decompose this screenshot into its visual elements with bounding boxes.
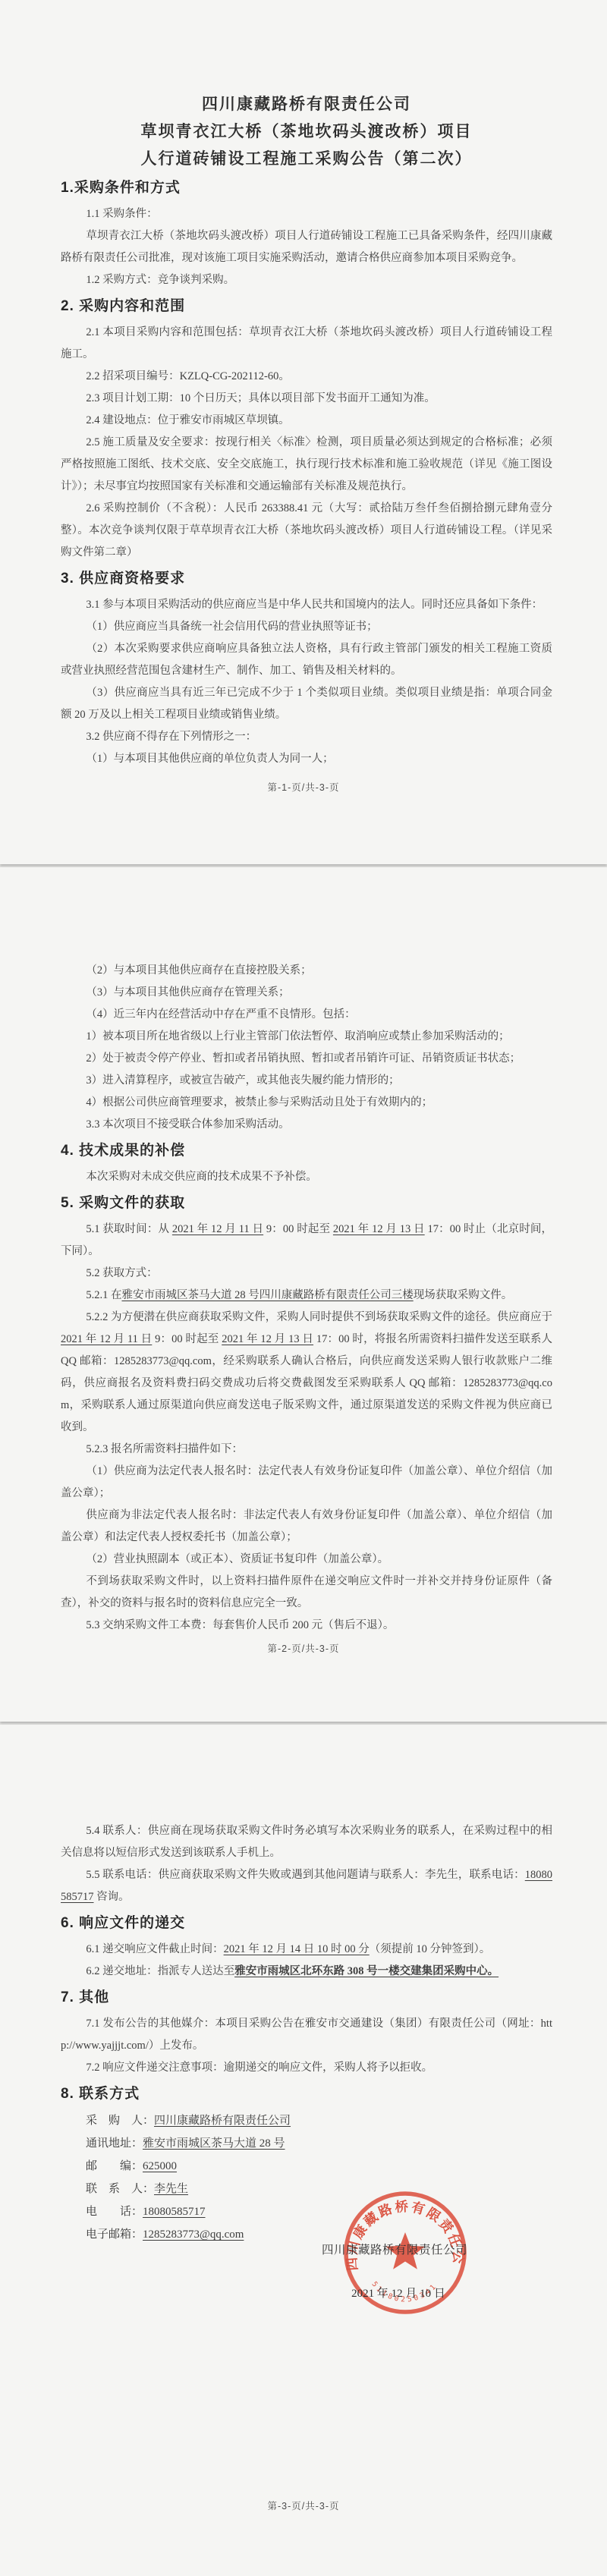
page-1-footer: 第-1-页/共-3-页	[0, 780, 607, 794]
doc-title-line: 草坝青衣江大桥（茶地坎码头渡改桥）项目	[61, 118, 552, 146]
section-heading: 8. 联系方式	[61, 2081, 552, 2107]
contact-label: 通讯地址：	[86, 2137, 143, 2150]
paragraph: 3.1 参与本项目采购活动的供应商应当是中华人民共和国境内的法人。同时还应具备如…	[61, 594, 552, 616]
underlined-text: 2021 年 12 月 14 日 10 时 00 分	[224, 1943, 370, 1955]
paragraph: （2）本次采购要求供应商响应具备独立法人资格，具有行政主管部门颁发的相关工程施工…	[61, 638, 552, 682]
contact-label: 采 购 人：	[86, 2115, 154, 2127]
page-2-footer: 第-2-页/共-3-页	[0, 1641, 607, 1655]
text-segment: 5.2.2 为方便潜在供应商获取采购文件，采购人同时提供不到场获取采购文件的途径…	[86, 1311, 552, 1323]
paragraph: 3.2 供应商不得存在下列情形之一：	[61, 726, 552, 748]
section-heading: 2. 采购内容和范围	[61, 294, 552, 319]
text-segment: 9：00 时起至	[263, 1223, 333, 1235]
paragraph: （2）营业执照副本（或正本）、资质证书复印件（加盖公章）。	[61, 1549, 552, 1571]
section-heading: 7. 其他	[61, 1985, 552, 2011]
underlined-text: 2021 年 12 月 13 日	[222, 1333, 313, 1345]
signature-company: 四川康藏路桥有限责任公司	[315, 2241, 474, 2257]
text-segment: 6.2 递交地址：指派专人送达至	[86, 1965, 234, 1977]
page-1: 四川康藏路桥有限责任公司草坝青衣江大桥（茶地坎码头渡改桥）项目人行道砖铺设工程施…	[0, 0, 607, 864]
signature-date: 2021 年 12 月 10 日	[334, 2285, 463, 2301]
underlined-text: 雅安市雨城区北环东路 308 号一楼交建集团采购中心。	[234, 1965, 498, 1977]
contact-value: 雅安市雨城区茶马大道 28 号	[143, 2137, 285, 2150]
paragraph: 5.2 获取方式：	[61, 1263, 552, 1285]
paragraph: （1）供应商为法定代表人报名时：法定代表人有效身份证复印件（加盖公章）、单位介绍…	[61, 1461, 552, 1505]
paragraph: 1）被本项目所在地省级以上行业主管部门依法暂停、取消响应或禁止参加采购活动的；	[61, 1026, 552, 1048]
paragraph: 2）处于被责令停产停业、暂扣或者吊销执照、暂扣或者吊销许可证、吊销资质证书状态；	[61, 1048, 552, 1070]
paragraph: 不到场获取采购文件时，以上资料扫描件原件在递交响应文件时一并补交并持身份证原件（…	[61, 1571, 552, 1615]
paragraph: 5.2.2 为方便潜在供应商获取采购文件，采购人同时提供不到场获取采购文件的途径…	[61, 1307, 552, 1439]
paragraph: 2.3 项目计划工期：10 个日历天；具体以项目部下发书面开工通知为准。	[61, 388, 552, 410]
text-segment: （须提前 10 分钟签到）。	[370, 1943, 491, 1955]
contact-value: 四川康藏路桥有限责任公司	[154, 2115, 291, 2127]
section-heading: 6. 响应文件的递交	[61, 1911, 552, 1936]
text-segment: 9：00 时起至	[152, 1333, 222, 1345]
page-3-content: 5.4 联系人：供应商在现场获取采购文件时务必填写本次采购业务的联系人，在采购过…	[0, 1725, 607, 2246]
section-heading: 5. 采购文件的获取	[61, 1190, 552, 1216]
contact-label: 邮 编：	[86, 2160, 143, 2172]
paragraph: 草坝青衣江大桥（茶地坎码头渡改桥）项目人行道砖铺设工程施工已具备采购条件，经四川…	[61, 225, 552, 269]
paragraph: （3）供应商应当具有近三年已完成不少于 1 个类似项目业绩。类似项目业绩是指：单…	[61, 682, 552, 726]
paragraph: 3）进入清算程序，或被宣告破产，或其他丧失履约能力情形的；	[61, 1070, 552, 1092]
text-segment: 17：00 时，将报名所需资料扫描件发送至联系人 QQ 邮箱：128528377…	[61, 1333, 552, 1433]
text-segment: 5.5 联系电话：供应商获取采购文件失败或遇到其他问题请与联系人：李先生，联系电…	[86, 1869, 524, 1881]
contact-label: 联 系 人：	[86, 2183, 154, 2195]
section-heading: 4. 技术成果的补偿	[61, 1138, 552, 1164]
text-segment: 6.1 递交响应文件截止时间：	[86, 1943, 223, 1955]
paragraph: 1.1 采购条件：	[61, 203, 552, 225]
page-3-footer: 第-3-页/共-3-页	[0, 2499, 607, 2512]
contact-value: 1285283773@qq.com	[143, 2228, 244, 2241]
underlined-text: 2021 年 12 月 11 日	[172, 1223, 263, 1235]
paragraph: 6.2 递交地址：指派专人送达至雅安市雨城区北环东路 308 号一楼交建集团采购…	[61, 1961, 552, 1983]
paragraph: 2.1 本项目采购内容和范围包括：草坝青衣江大桥（茶地坎码头渡改桥）项目人行道砖…	[61, 322, 552, 366]
doc-title-line: 四川康藏路桥有限责任公司	[61, 91, 552, 118]
contact-row: 电子邮箱：1285283773@qq.com	[61, 2223, 552, 2246]
contact-row: 采 购 人：四川康藏路桥有限责任公司	[61, 2109, 552, 2132]
paragraph: 5.1 获取时间：从 2021 年 12 月 11 日 9：00 时起至 202…	[61, 1219, 552, 1263]
contact-row: 邮 编：625000	[61, 2155, 552, 2178]
page-2-content: （2）与本项目其他供应商存在直接控股关系；（3）与本项目其他供应商存在管理关系；…	[0, 867, 607, 1637]
contact-row: 电 话：18080585717	[61, 2200, 552, 2223]
paragraph: 7.1 发布公告的其他媒介：本项目采购公告在雅安市交通建设（集团）有限责任公司（…	[61, 2013, 552, 2057]
paragraph: （4）近三年内在经营活动中存在严重不良情形。包括：	[61, 1004, 552, 1026]
paragraph: （2）与本项目其他供应商存在直接控股关系；	[61, 960, 552, 982]
paragraph: 3.3 本次项目不接受联合体参加采购活动。	[61, 1114, 552, 1136]
contact-label: 电子邮箱：	[86, 2228, 143, 2241]
underlined-text: 雅安市雨城区茶马大道 28 号四川康藏路桥有限责任公司三楼	[121, 1289, 413, 1301]
paragraph: 6.1 递交响应文件截止时间：2021 年 12 月 14 日 10 时 00 …	[61, 1939, 552, 1961]
underlined-text: 2021 年 12 月 11 日	[61, 1333, 152, 1345]
paragraph: 2.5 施工质量及安全要求：按现行相关〈标准〉检测，项目质量必须达到规定的合格标…	[61, 432, 552, 498]
paragraph: 供应商为非法定代表人报名时：非法定代表人有效身份证复印件（加盖公章）、单位介绍信…	[61, 1505, 552, 1549]
paragraph: （1）供应商应当具备统一社会信用代码的营业执照等证书；	[61, 616, 552, 638]
underlined-text: 2021 年 12 月 13 日	[333, 1223, 425, 1235]
text-segment: 现场获取采购文件。	[414, 1289, 513, 1301]
paragraph: 4）根据公司供应商管理要求，被禁止参与采购活动且处于有效期内的；	[61, 1092, 552, 1114]
contact-value: 18080585717	[143, 2206, 206, 2218]
paragraph: 2.6 采购控制价（不含税）：人民币 263388.41 元（大写：贰拾陆万叁仟…	[61, 498, 552, 564]
paragraph: 7.2 响应文件递交注意事项：逾期递交的响应文件，采购人将予以拒收。	[61, 2057, 552, 2079]
doc-title-line: 人行道砖铺设工程施工采购公告（第二次）	[61, 146, 552, 173]
text-segment: 5.1 获取时间：从	[86, 1223, 172, 1235]
paragraph: 2.4 建设地点：位于雅安市雨城区草坝镇。	[61, 410, 552, 432]
paragraph: 5.2.3 报名所需资料扫描件如下：	[61, 1439, 552, 1461]
contact-value: 625000	[143, 2160, 177, 2172]
paragraph: 本次采购对未成交供应商的技术成果不予补偿。	[61, 1166, 552, 1188]
paragraph: 2.2 招采项目编号：KZLQ-CG-202112-60。	[61, 366, 552, 388]
section-heading: 1.采购条件和方式	[61, 175, 552, 201]
paragraph: （1）与本项目其他供应商的单位负责人为同一人；	[61, 748, 552, 770]
section-heading: 3. 供应商资格要求	[61, 566, 552, 592]
paragraph: 5.3 交纳采购文件工本费：每套售价人民币 200 元（售后不退）。	[61, 1615, 552, 1637]
text-segment: 5.2.1 在	[86, 1289, 121, 1301]
paragraph: 1.2 采购方式：竞争谈判采购。	[61, 269, 552, 291]
contact-row: 联 系 人：李先生	[61, 2178, 552, 2200]
page-3: 5.4 联系人：供应商在现场获取采购文件时务必填写本次采购业务的联系人，在采购过…	[0, 1725, 607, 2576]
contact-value: 李先生	[154, 2183, 188, 2195]
paragraph: 5.5 联系电话：供应商获取采购文件失败或遇到其他问题请与联系人：李先生，联系电…	[61, 1864, 552, 1908]
contact-label: 电 话：	[86, 2206, 143, 2218]
page-2: （2）与本项目其他供应商存在直接控股关系；（3）与本项目其他供应商存在管理关系；…	[0, 867, 607, 1722]
document-scan: 四川康藏路桥有限责任公司草坝青衣江大桥（茶地坎码头渡改桥）项目人行道砖铺设工程施…	[0, 0, 607, 2576]
contact-row: 通讯地址：雅安市雨城区茶马大道 28 号	[61, 2132, 552, 2155]
text-segment: 咨询。	[94, 1891, 130, 1903]
paragraph: （3）与本项目其他供应商存在管理关系；	[61, 982, 552, 1004]
paragraph: 5.4 联系人：供应商在现场获取采购文件时务必填写本次采购业务的联系人，在采购过…	[61, 1820, 552, 1864]
paragraph: 5.2.1 在雅安市雨城区茶马大道 28 号四川康藏路桥有限责任公司三楼现场获取…	[61, 1285, 552, 1307]
page-1-content: 四川康藏路桥有限责任公司草坝青衣江大桥（茶地坎码头渡改桥）项目人行道砖铺设工程施…	[0, 0, 607, 770]
